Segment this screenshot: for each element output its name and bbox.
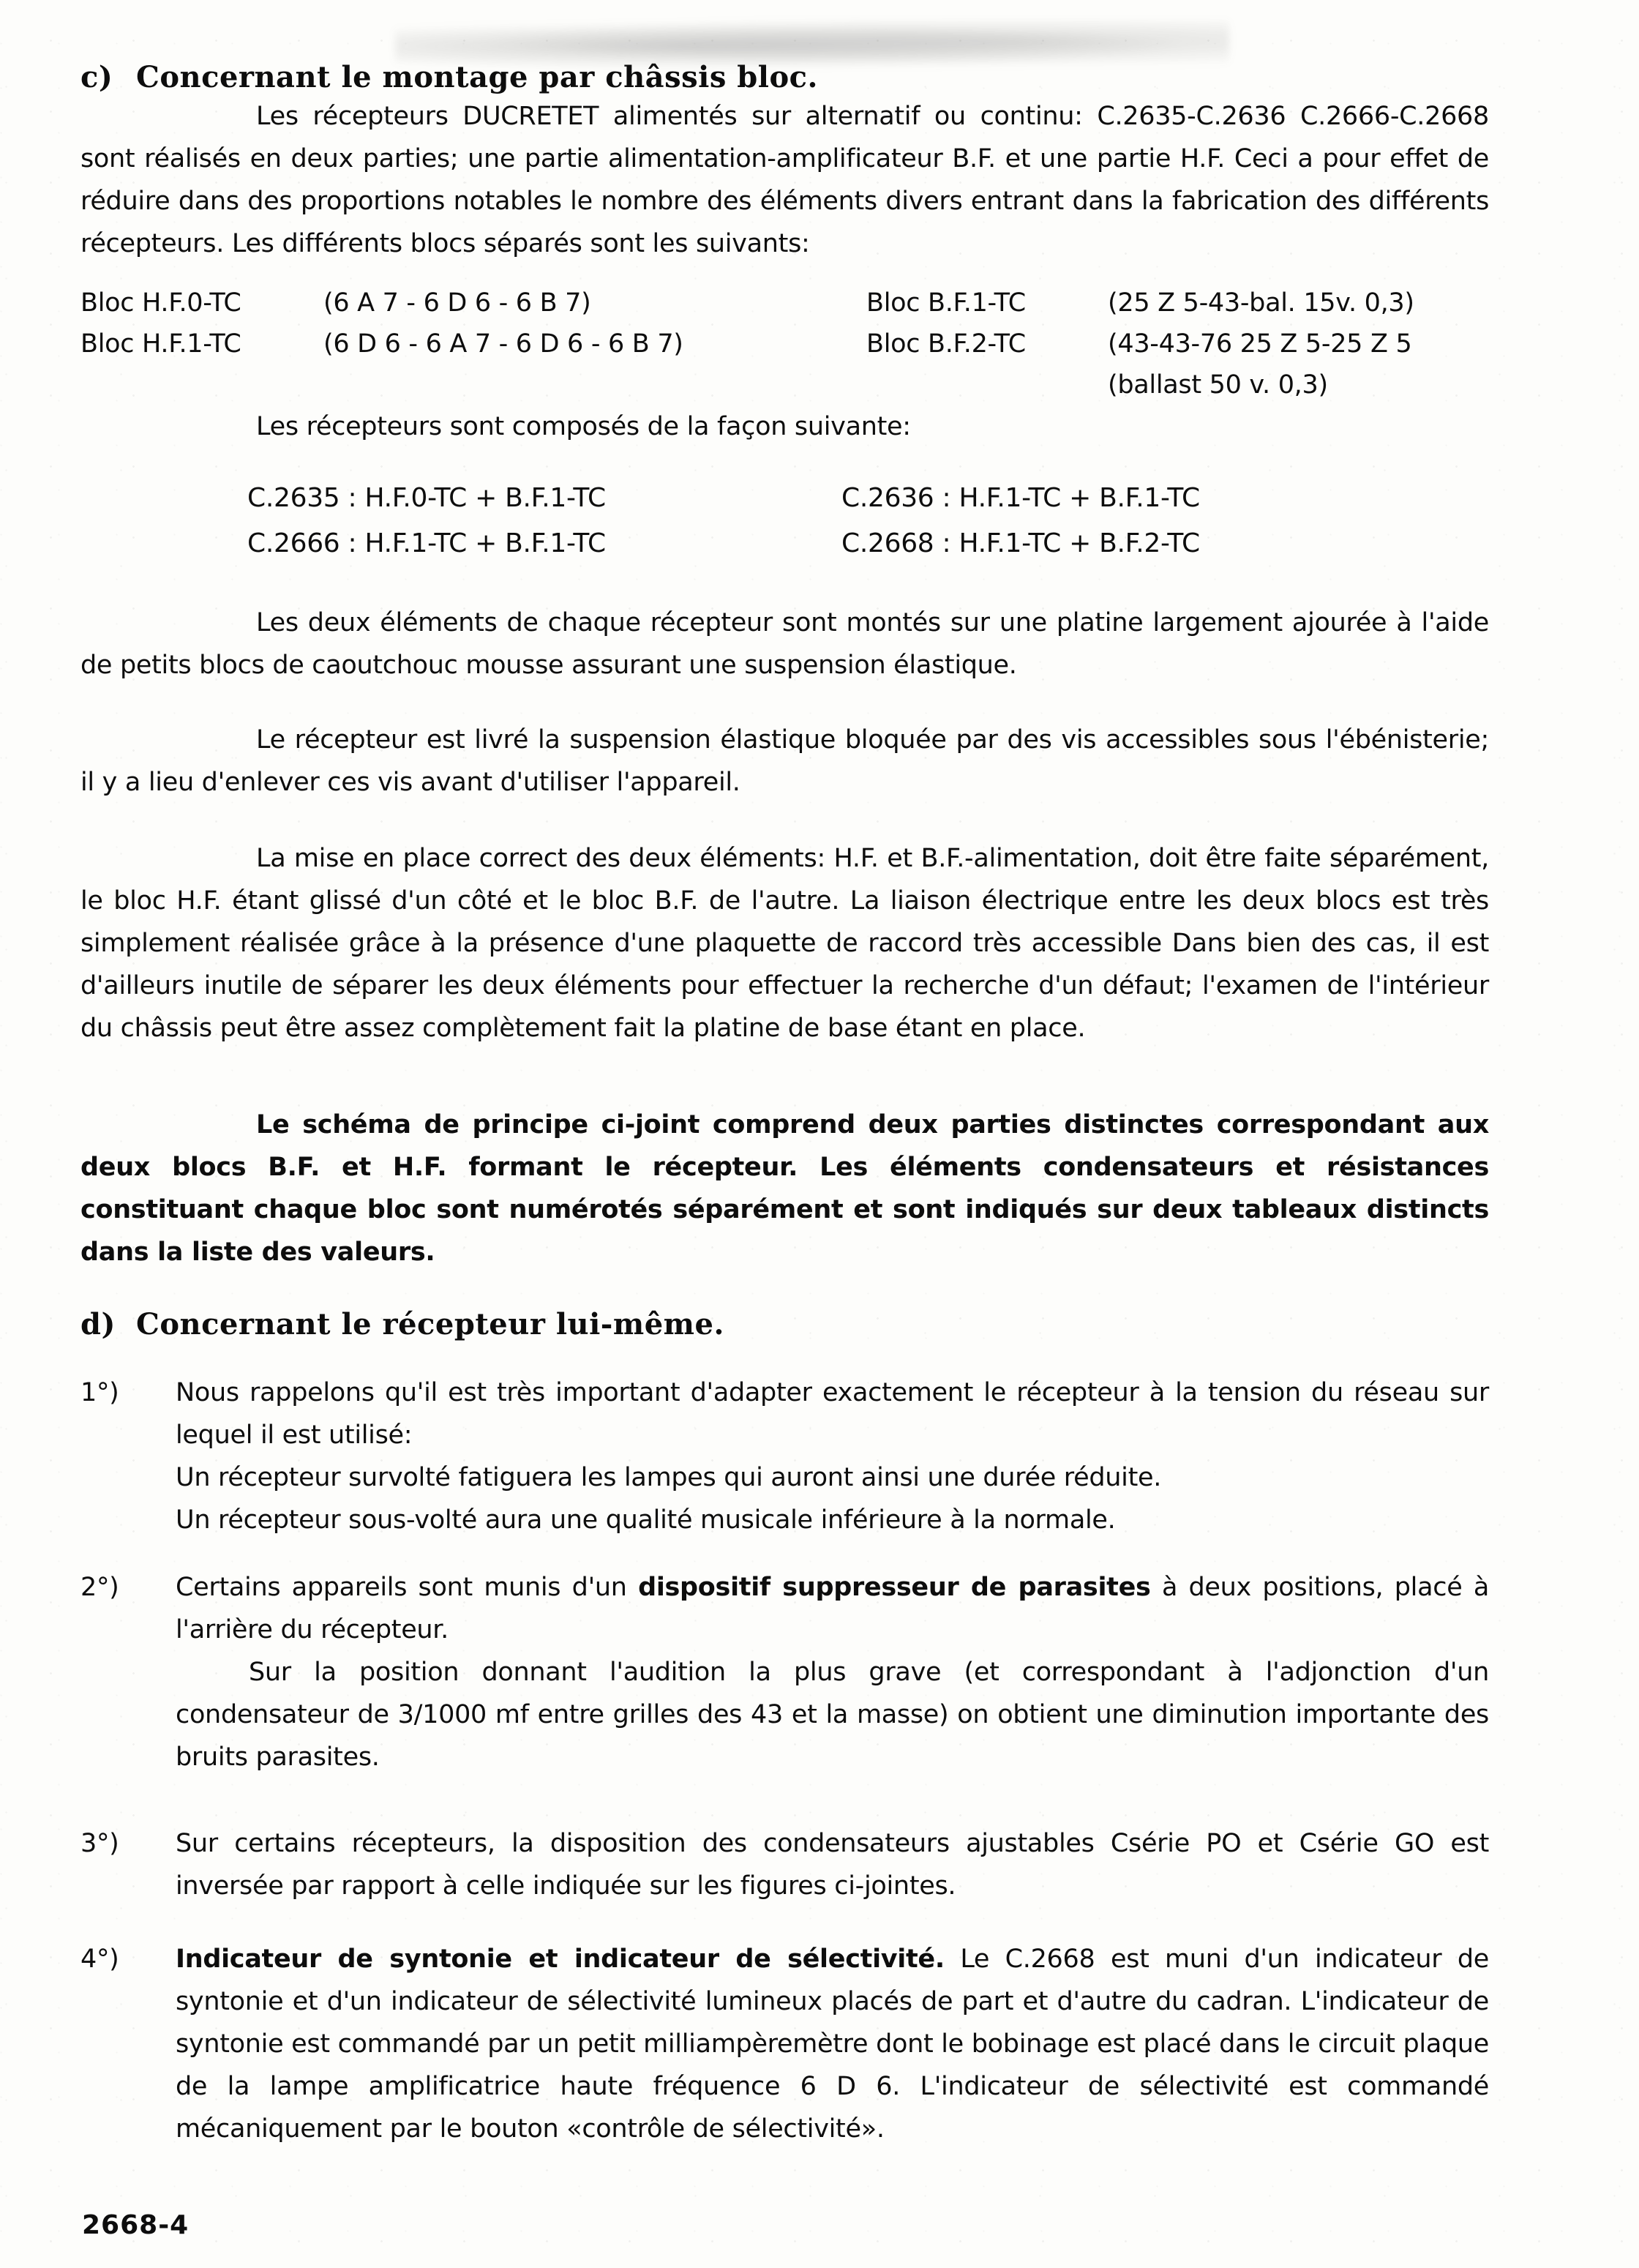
composition-cell: C.2666 : H.F.1-TC + B.F.1-TC <box>247 521 841 566</box>
item-1-line-survolte: Un récepteur survolté fatiguera les lamp… <box>176 1456 1489 1499</box>
bloc-tubes: (6 A 7 - 6 D 6 - 6 B 7) <box>323 282 866 323</box>
section-d-marker: d) <box>80 1307 136 1342</box>
list-item-marker: 1°) <box>80 1371 176 1541</box>
composition-cell: C.2668 : H.F.1-TC + B.F.2-TC <box>841 521 1489 566</box>
item-1-paragraph: Nous rappelons qu'il est très important … <box>176 1371 1489 1456</box>
list-item-4: 4°) Indicateur de syntonie et indicateur… <box>80 1938 1489 2150</box>
list-item-body: Indicateur de syntonie et indicateur de … <box>176 1938 1489 2150</box>
section-d-heading: d)Concernant le récepteur lui-même. <box>80 1307 1489 1342</box>
list-item-1: 1°) Nous rappelons qu'il est très import… <box>80 1371 1489 1541</box>
platine-paragraph: Les deux éléments de chaque récepteur so… <box>80 602 1489 686</box>
item-2-text-pre: Certains appareils sont munis d'un <box>176 1573 638 1602</box>
item-4-paragraph: Indicateur de syntonie et indicateur de … <box>176 1938 1489 2150</box>
schema-paragraph: Le schéma de principe ci-joint comprend … <box>80 1104 1489 1273</box>
bloc-table-row: Bloc H.F.0-TC (6 A 7 - 6 D 6 - 6 B 7) Bl… <box>80 282 1489 323</box>
list-item-marker: 4°) <box>80 1938 176 2150</box>
list-item-2: 2°) Certains appareils sont munis d'un d… <box>80 1566 1489 1778</box>
page-number: 2668-4 <box>82 2210 189 2240</box>
item-4-text: Le C.2668 est muni d'un indicateur de sy… <box>176 1945 1489 2144</box>
bloc-name: Bloc B.F.1-TC <box>866 282 1108 323</box>
list-item-3: 3°) Sur certains récepteurs, la disposit… <box>80 1822 1489 1907</box>
bloc-table: Bloc H.F.0-TC (6 A 7 - 6 D 6 - 6 B 7) Bl… <box>80 282 1489 405</box>
bloc-name: Bloc B.F.2-TC <box>866 323 1108 364</box>
numbered-list: 1°) Nous rappelons qu'il est très import… <box>80 1371 1489 2150</box>
bloc-tubes: (43-43-76 25 Z 5-25 Z 5 <box>1108 323 1489 364</box>
document-page: c)Concernant le montage par châssis bloc… <box>0 0 1639 2268</box>
bloc-table-row: Bloc H.F.1-TC (6 D 6 - 6 A 7 - 6 D 6 - 6… <box>80 323 1489 364</box>
mise-en-place-paragraph: La mise en place correct des deux élémen… <box>80 837 1489 1049</box>
section-d-title: Concernant le récepteur lui-même. <box>136 1307 724 1341</box>
bloc-table-row: (ballast 50 v. 0,3) <box>80 364 1489 405</box>
scan-smudge <box>395 20 1229 72</box>
item-1-line-sousvolte: Un récepteur sous-volté aura une qualité… <box>176 1499 1489 1541</box>
bloc-name <box>866 364 1108 405</box>
composition-cell: C.2635 : H.F.0-TC + B.F.1-TC <box>247 476 841 521</box>
bloc-name <box>80 364 323 405</box>
bloc-name: Bloc H.F.1-TC <box>80 323 323 364</box>
list-item-marker: 3°) <box>80 1822 176 1907</box>
item-4-bold-lead: Indicateur de syntonie et indicateur de … <box>176 1945 945 1974</box>
item-3-paragraph: Sur certains récepteurs, la disposition … <box>176 1822 1489 1907</box>
bloc-tubes: (6 D 6 - 6 A 7 - 6 D 6 - 6 B 7) <box>323 323 866 364</box>
bloc-tubes: (ballast 50 v. 0,3) <box>1108 364 1489 405</box>
section-c-marker: c) <box>80 60 136 95</box>
list-item-body: Nous rappelons qu'il est très important … <box>176 1371 1489 1541</box>
list-item-body: Sur certains récepteurs, la disposition … <box>176 1822 1489 1907</box>
bloc-tubes: (25 Z 5-43-bal. 15v. 0,3) <box>1108 282 1489 323</box>
composition-cell: C.2636 : H.F.1-TC + B.F.1-TC <box>841 476 1489 521</box>
composition-row: C.2666 : H.F.1-TC + B.F.1-TC C.2668 : H.… <box>80 521 1489 566</box>
bloc-name: Bloc H.F.0-TC <box>80 282 323 323</box>
composition-table: C.2635 : H.F.0-TC + B.F.1-TC C.2636 : H.… <box>80 476 1489 566</box>
compose-intro: Les récepteurs sont composés de la façon… <box>80 405 1489 448</box>
list-item-body: Certains appareils sont munis d'un dispo… <box>176 1566 1489 1778</box>
item-2-paragraph: Certains appareils sont munis d'un dispo… <box>176 1566 1489 1651</box>
item-2-subparagraph: Sur la position donnant l'audition la pl… <box>176 1651 1489 1778</box>
list-item-marker: 2°) <box>80 1566 176 1778</box>
livraison-paragraph: Le récepteur est livré la suspension éla… <box>80 719 1489 804</box>
intro-paragraph: Les récepteurs DUCRETET alimentés sur al… <box>80 95 1489 265</box>
bloc-tubes <box>323 364 866 405</box>
composition-row: C.2635 : H.F.0-TC + B.F.1-TC C.2636 : H.… <box>80 476 1489 521</box>
item-2-bold-phrase: dispositif suppresseur de parasites <box>638 1573 1150 1602</box>
